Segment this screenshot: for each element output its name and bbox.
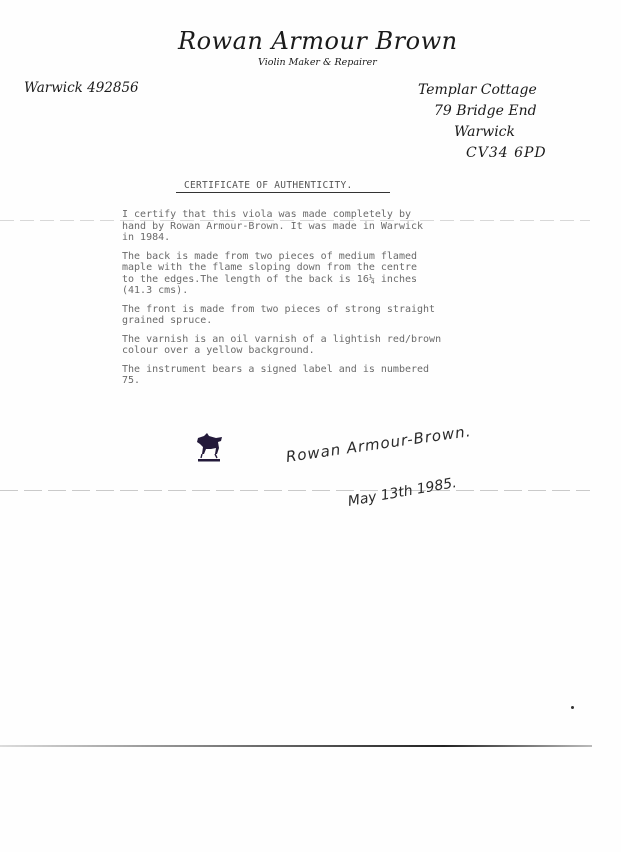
speck xyxy=(571,706,574,709)
letterhead-name: Rowan Armour Brown xyxy=(178,27,458,55)
address-line: CV34 6PD xyxy=(466,145,547,161)
certificate-paragraph: The instrument bears a signed label and … xyxy=(122,364,482,387)
certificate-page: Rowan Armour Brown Violin Maker & Repair… xyxy=(0,0,621,852)
fold-line xyxy=(0,490,590,491)
certificate-paragraph: I certify that this viola was made compl… xyxy=(122,209,482,244)
letterhead-subtitle: Violin Maker & Repairer xyxy=(258,57,377,68)
horse-emblem-icon xyxy=(192,430,228,464)
address-line: Templar Cottage xyxy=(418,82,537,98)
address-line: Warwick xyxy=(454,124,515,140)
signature-name: Rowan Armour-Brown. xyxy=(285,422,473,466)
certificate-paragraph: The varnish is an oil varnish of a light… xyxy=(122,334,482,357)
certificate-title: CERTIFICATE OF AUTHENTICITY. xyxy=(176,180,390,193)
signature-date: May 13th 1985. xyxy=(347,475,458,510)
letterhead-phone: Warwick 492856 xyxy=(24,80,139,96)
address-line: 79 Bridge End xyxy=(434,103,537,119)
page-edge-line xyxy=(0,745,592,747)
certificate-paragraph: The front is made from two pieces of str… xyxy=(122,304,482,327)
certificate-paragraph: The back is made from two pieces of medi… xyxy=(122,251,482,297)
certificate-body: I certify that this viola was made compl… xyxy=(122,209,482,394)
